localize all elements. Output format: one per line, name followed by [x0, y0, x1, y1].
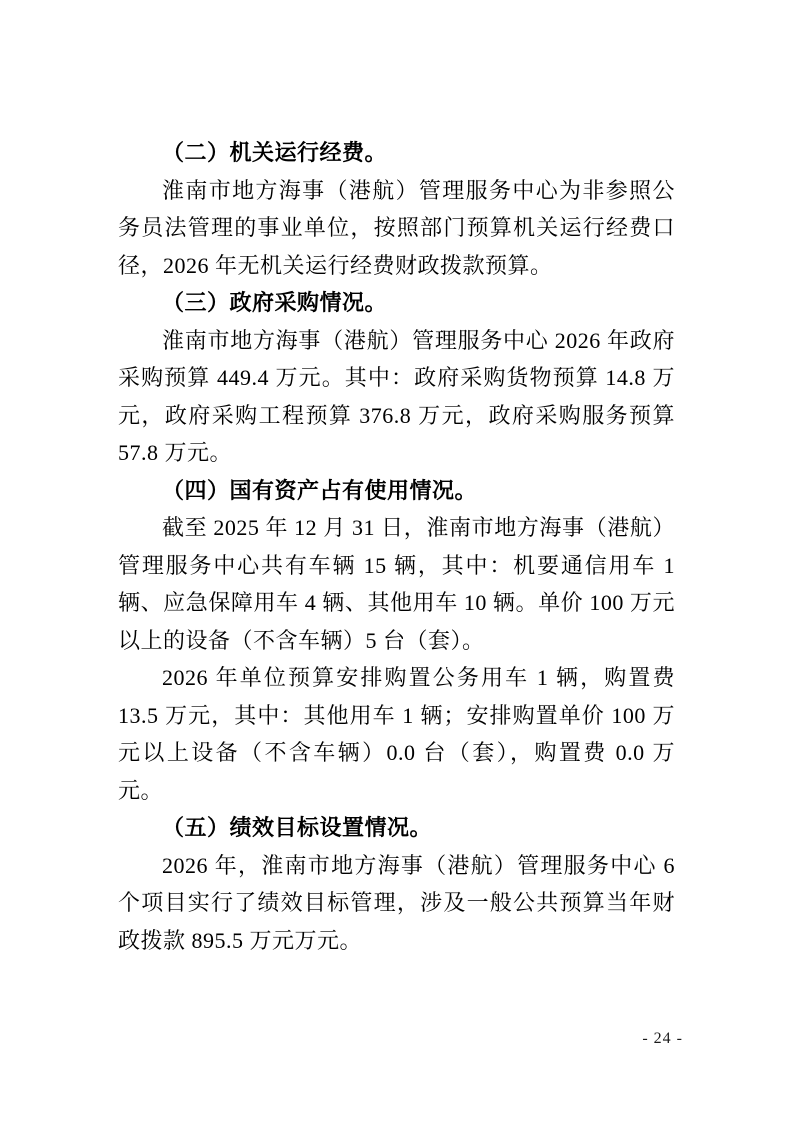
- page-footer: - 24 -: [483, 1030, 683, 1048]
- paragraph-performance-targets: 2026 年，淮南市地方海事（港航）管理服务中心 6 个项目实行了绩效目标管理，…: [118, 847, 675, 960]
- page-number: - 24 -: [642, 1030, 683, 1047]
- paragraph-agency-operating-costs: 淮南市地方海事（港航）管理服务中心为非参照公务员法管理的事业单位，按照部门预算机…: [118, 172, 675, 285]
- section-heading-performance-targets: （五）绩效目标设置情况。: [118, 809, 675, 847]
- paragraph-government-procurement: 淮南市地方海事（港航）管理服务中心 2026 年政府采购预算 449.4 万元。…: [118, 322, 675, 472]
- document-body: （二）机关运行经费。 淮南市地方海事（港航）管理服务中心为非参照公务员法管理的事…: [118, 134, 675, 959]
- section-heading-agency-operating-costs: （二）机关运行经费。: [118, 134, 675, 172]
- paragraph-state-owned-assets-planned: 2026 年单位预算安排购置公务用车 1 辆，购置费 13.5 万元，其中：其他…: [118, 659, 675, 809]
- paragraph-state-owned-assets-current: 截至 2025 年 12 月 31 日，淮南市地方海事（港航）管理服务中心共有车…: [118, 509, 675, 659]
- document-page: （二）机关运行经费。 淮南市地方海事（港航）管理服务中心为非参照公务员法管理的事…: [0, 0, 793, 1122]
- section-heading-government-procurement: （三）政府采购情况。: [118, 284, 675, 322]
- section-heading-state-owned-assets: （四）国有资产占有使用情况。: [118, 472, 675, 510]
